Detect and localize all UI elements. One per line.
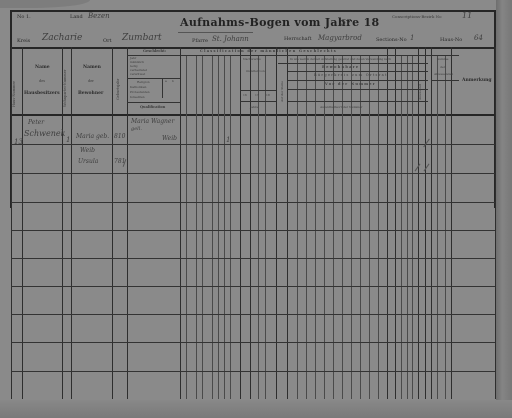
bewohnbare-divider [288, 71, 428, 72]
religion-row-protestanten: Protestanten [130, 91, 150, 94]
header-instruction: In wie weit in derzeit Aufstellung gehör… [290, 58, 391, 61]
religion-row-katholiken: Katholiken [130, 86, 146, 89]
header-name-owner-3: Hausbesitzers [24, 92, 60, 97]
land-value: Bezen [88, 13, 110, 20]
header-bottom-border [10, 114, 496, 116]
grid-row-line [11, 258, 495, 259]
grid-column-line [495, 47, 496, 399]
grid-column-line [127, 47, 128, 399]
grid-subcolumn-line [401, 55, 402, 399]
sections-label: Sections-No [376, 38, 407, 43]
grid-column-line [387, 47, 388, 399]
grid-column-line [180, 47, 181, 399]
geschlecht-row-verwitwet: verwitwet [130, 73, 145, 76]
grid-subcolumn-line [230, 55, 231, 399]
grid-row-line [11, 173, 495, 174]
grid-row-line [11, 342, 495, 343]
header-auf-der-stelle: Auf der Stelle [281, 72, 284, 102]
grid-subcolumn-line [445, 55, 446, 399]
header-nachwuchs: Nachwuchs [243, 58, 261, 61]
ort-value: Zumbart [122, 34, 162, 43]
grid-subcolumn-line [218, 55, 219, 399]
grid-column-line [287, 47, 288, 399]
header-anmerkung: Anmerkung [462, 79, 492, 84]
num-cols-divider [288, 101, 428, 102]
header-ortsgewerbe: Bürgerkreis zum Ortsrat [314, 74, 388, 78]
herrschaft-value: Magyarbrod [318, 35, 362, 42]
religion-col-divider [162, 78, 163, 98]
grid-row-line [11, 144, 495, 145]
grid-column-line [395, 47, 396, 399]
header-qualification: Qualification [140, 106, 165, 110]
entry-qualification-2: gell. [131, 127, 142, 132]
grid-row-line [11, 230, 495, 231]
grid-subcolumn-line [258, 55, 259, 399]
entry2-resident-2: Ursula [78, 159, 98, 165]
grid-column-line [451, 47, 452, 399]
header-jahre: Jahre [250, 106, 258, 109]
pfarre-value: St. Johann [212, 36, 249, 43]
sections-value: 1 [410, 35, 414, 42]
header-geschlecht: Geschlecht: [143, 50, 166, 54]
form-number: No 1. [17, 15, 31, 20]
religion-a: a [165, 80, 167, 83]
grid-subcolumn-line [297, 55, 298, 399]
qualification-divider [127, 102, 180, 103]
age-divider-top [240, 90, 276, 91]
entry-party-no: 1 [66, 137, 70, 144]
grid-subcolumn-line [224, 55, 225, 399]
grid-subcolumn-line [306, 55, 307, 399]
grid-column-line [71, 47, 72, 399]
age-17: 17 [255, 94, 259, 97]
grid-subcolumn-line [412, 55, 413, 399]
grid-column-line [22, 47, 23, 399]
age-18: 18 [266, 94, 270, 97]
grid-column-line [112, 47, 113, 399]
entry-qualification-1: Maria Wagner [131, 119, 174, 125]
religion-b: b [172, 80, 174, 83]
pfarre-label: Pfarre [192, 39, 208, 44]
entry-birth-year: 810 [114, 134, 125, 140]
entry2-resident-1: Weib [80, 148, 95, 154]
grid-column-line [276, 47, 277, 399]
grid-subcolumn-line [196, 55, 197, 399]
header-name-owner-2: des [39, 80, 45, 84]
header-haus-nummer: Haus-Nummer [13, 62, 17, 107]
age-divider-bottom [240, 101, 276, 102]
grid-subcolumn-line [407, 55, 408, 399]
entry-mark: 1 [226, 137, 230, 144]
paper-bottom-edge [0, 400, 512, 418]
header-name-resident-2: der [88, 80, 94, 84]
grid-subcolumn-line [212, 55, 213, 399]
grid-column-line [431, 47, 432, 399]
entry-owner-first: Peter [28, 120, 44, 126]
grid-row-line [11, 286, 495, 287]
haus-value: 64 [474, 35, 483, 42]
grid-row-line [11, 371, 495, 372]
grid-subcolumn-line [202, 55, 203, 399]
header-name-resident-3: Bewohner [78, 92, 103, 97]
entry-house-no: 13 [14, 139, 23, 146]
grid-row-line [11, 314, 495, 315]
paper-right-edge [496, 0, 512, 418]
vor-der-nummer-divider [288, 89, 428, 90]
religion-row-israeliten: Israeliten [130, 96, 145, 99]
frame-top [10, 10, 496, 12]
grid-column-line [240, 47, 241, 399]
conscriptions-value: 11 [462, 12, 472, 20]
header-religion: Religion [137, 81, 150, 84]
title-underline [178, 32, 253, 33]
grid-subcolumn-line [186, 55, 187, 399]
header-summe-1: Summe [437, 58, 448, 61]
header-wohnpartei: Wohnpartei-Nummer [64, 62, 68, 107]
header-summe-2: der [440, 66, 445, 69]
summe-divider [431, 80, 459, 81]
header-vor-der-nummer: Vor der Nummer [325, 83, 376, 87]
grid-subcolumn-line [378, 55, 379, 399]
entry-resident: Maria geb. [76, 134, 109, 140]
grid-column-line [425, 47, 426, 399]
grid-subcolumn-line [315, 55, 316, 399]
grid-column-line [250, 47, 251, 399]
kreis-value: Zacharie [42, 34, 82, 43]
header-geburtsjahr: Geburtsjahr [117, 70, 121, 100]
conscriptions-label: Conscriptions-Bezirk No [392, 15, 442, 19]
entry-owner-last: Schwenek [24, 130, 65, 138]
kreis-label: Kreis [17, 39, 30, 44]
instruction-divider [278, 63, 428, 64]
header-aufenthaltsort: Aufenthaltsort der Nummer [320, 106, 363, 109]
grid-subcolumn-line [369, 55, 370, 399]
header-summe-3: Abwesenden [434, 73, 453, 76]
grid-subcolumn-line [265, 55, 266, 399]
grid-subcolumn-line [437, 55, 438, 399]
header-im-alter: im Alter von [246, 70, 265, 73]
haus-label: Haus-No [440, 38, 462, 43]
header-bewohnbare: Bewohnbare [322, 66, 359, 70]
age-16: 16 [243, 94, 247, 97]
year-suffix: 57 [341, 19, 351, 27]
grid-row-line [11, 202, 495, 203]
ort-label: Ort [103, 39, 112, 44]
entry-qualification-3: Weib [162, 136, 177, 142]
ortsgewerbe-divider [288, 80, 428, 81]
header-classification: Classification der männlichen Geschlecht… [200, 50, 337, 54]
header-name-resident-1: Namen [83, 66, 101, 71]
herrschaft-label: Herrschaft [284, 37, 312, 42]
land-label: Land [70, 15, 83, 20]
header-abwesend: Anwesend [419, 60, 422, 100]
header-name-owner-1: Name [35, 66, 50, 71]
classification-divider [181, 55, 459, 56]
